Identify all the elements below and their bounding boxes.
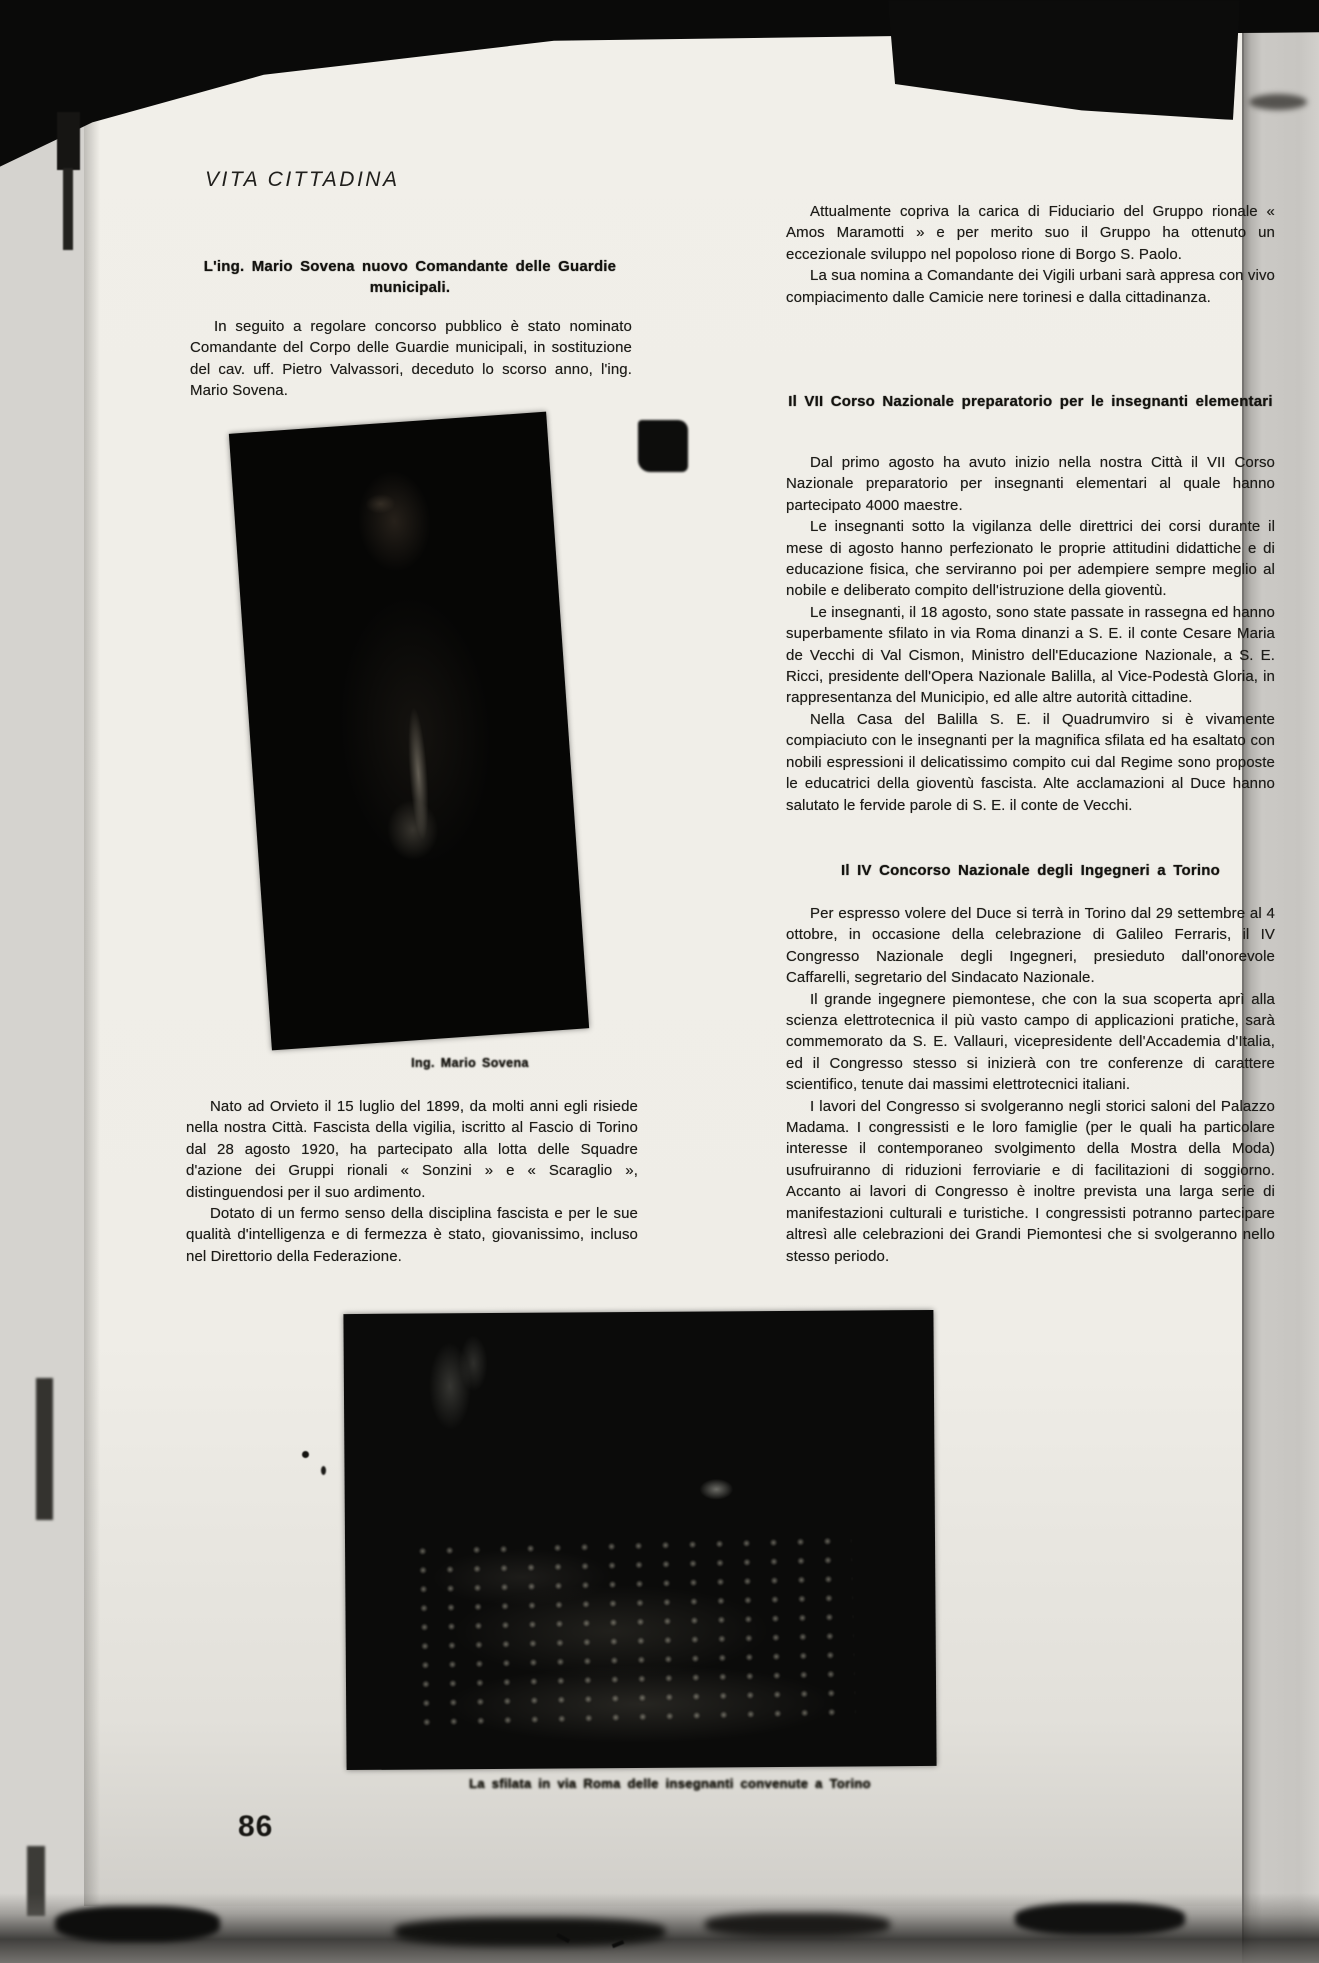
photo-parade-via-roma [343,1310,936,1770]
paragraph: Dotato di un fermo senso della disciplin… [186,1203,638,1267]
scan-artifact-smudge [1249,94,1307,110]
page-number: 86 [238,1810,273,1844]
article-guardie-right-column: Attualmente copriva la carica di Fiducia… [786,201,1275,308]
scan-artifact-bottom-blob [395,1918,665,1946]
scan-artifact-left-mark [36,1378,53,1520]
scan-artifact-left-mark [63,168,73,250]
paragraph: Le insegnanti sotto la vigilanza delle d… [786,516,1275,602]
paragraph: I lavori del Congresso si svolgeranno ne… [786,1096,1275,1267]
scan-artifact-bottom-blob [705,1913,890,1937]
paragraph: Per espresso volere del Duce si terrà in… [786,903,1275,989]
article-guardie-bio: Nato ad Orvieto il 15 luglio del 1899, d… [186,1096,638,1267]
paragraph: Nella Casa del Balilla S. E. il Quadrumv… [786,709,1275,816]
paper-edge-shadow [84,28,100,1906]
paragraph: In seguito a regolare concorso pubblico … [190,316,632,402]
article-corso-body: Dal primo agosto ha avuto inizio nella n… [786,452,1275,816]
photo-caption-parade: La sfilata in via Roma delle insegnanti … [420,1776,920,1791]
paragraph: Dal primo agosto ha avuto inizio nella n… [786,452,1275,516]
paragraph: Il grande ingegnere piemontese, che con … [786,989,1275,1096]
scan-artifact-dot [302,1451,309,1458]
photo-crowd-texture [414,1535,855,1728]
scan-artifact-ink-blob [638,420,688,472]
scan-artifact-dot [321,1466,326,1475]
paragraph: Nato ad Orvieto il 15 luglio del 1899, d… [186,1096,638,1203]
page-header: VITA CITTADINA [205,168,545,192]
paragraph: Attualmente copriva la carica di Fiducia… [786,201,1275,265]
scanned-magazine-page: { "page_header": "VITA CITTADINA", "page… [0,0,1319,1963]
article-concorso-body: Per espresso volere del Duce si terrà in… [786,903,1275,1267]
paragraph: La sua nomina a Comandante dei Vigili ur… [786,265,1275,308]
article-corso-heading: Il VII Corso Nazionale preparatorio per … [786,391,1275,412]
article-guardie-heading: L'ing. Mario Sovena nuovo Comandante del… [190,256,630,298]
article-concorso-heading: Il IV Concorso Nazionale degli Ingegneri… [786,860,1275,881]
photo-mario-sovena-portrait [229,412,589,1051]
scan-artifact-bottom-blob [55,1906,220,1942]
photo-caption-mario-sovena: Ing. Mario Sovena [340,1056,600,1070]
article-guardie-intro: In seguito a regolare concorso pubblico … [190,316,632,402]
scan-artifact-bottom-blob [1015,1903,1185,1935]
scan-artifact-left-mark [57,112,80,170]
paragraph: Le insegnanti, il 18 agosto, sono state … [786,602,1275,709]
